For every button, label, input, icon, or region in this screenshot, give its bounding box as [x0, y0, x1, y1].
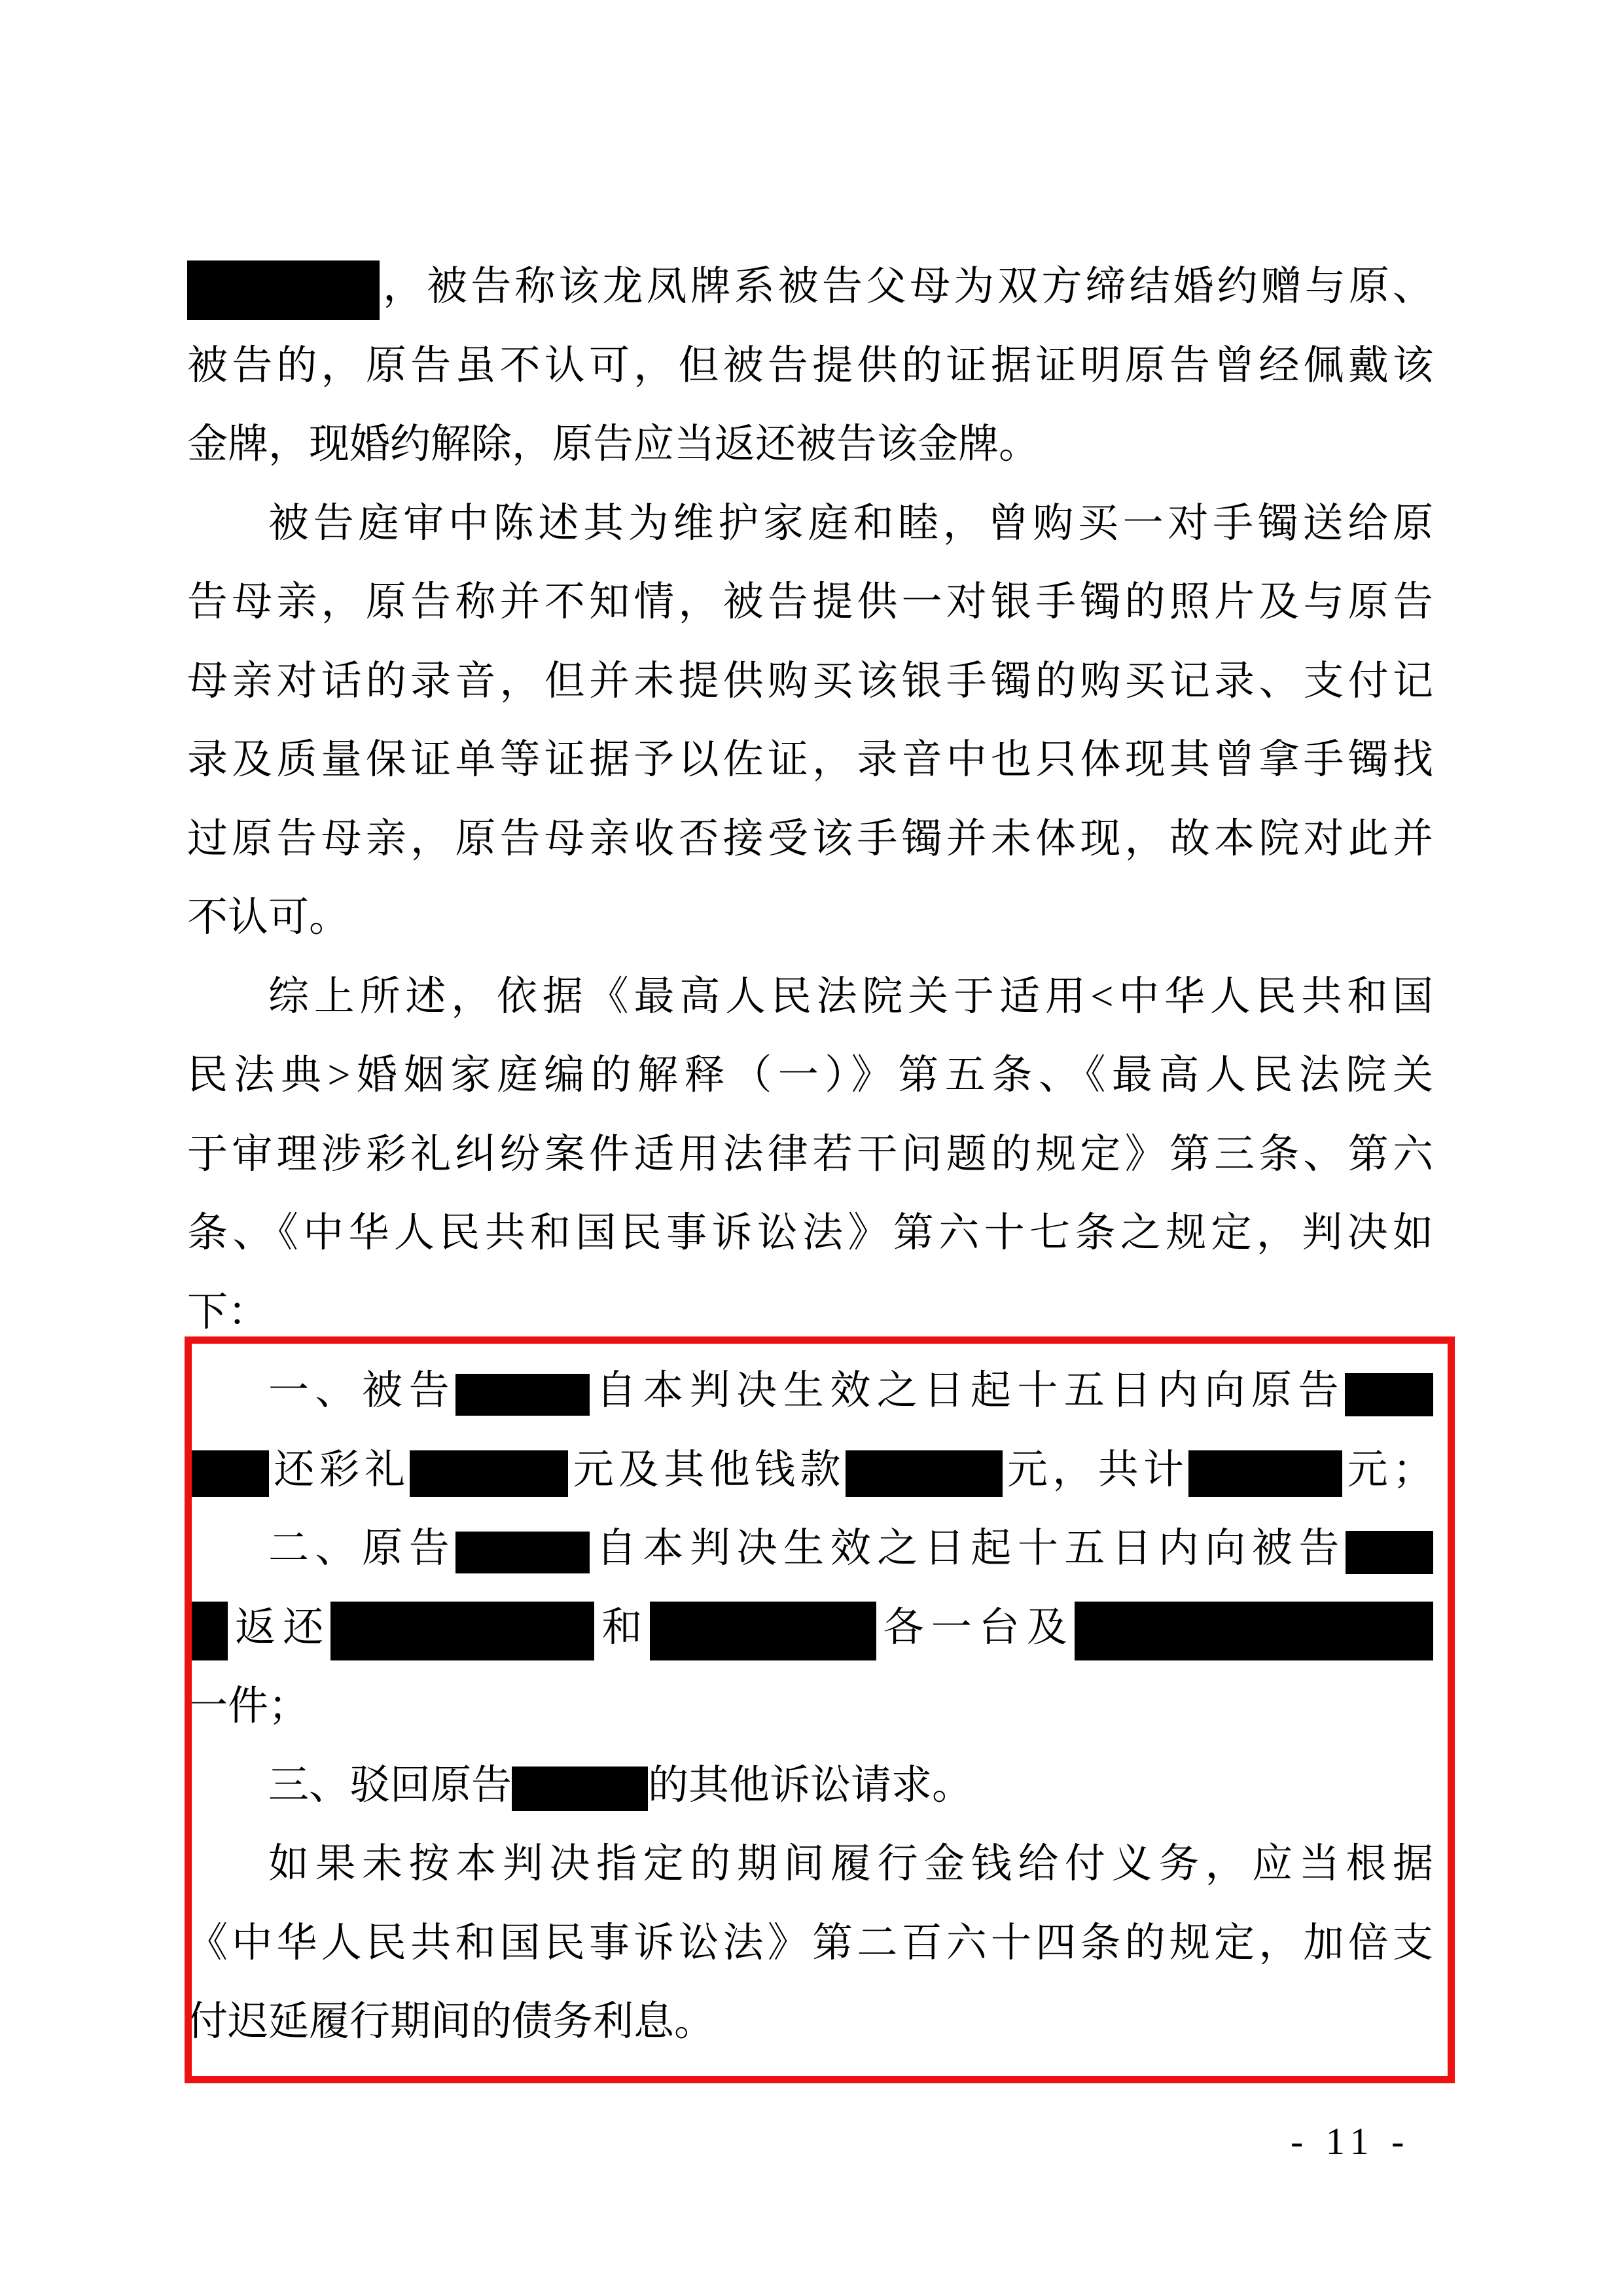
text-segment: 下： [187, 1290, 268, 1335]
text-segment: ，被告称该龙凤牌系被告父母为双方缔结婚约赠与原、 [380, 264, 1433, 309]
redaction-box [455, 1532, 590, 1573]
text-line: 一件； [187, 1667, 1433, 1746]
text-segment: 元，共计 [1003, 1448, 1189, 1492]
text-segment: 综上所述，依据《最高人民法院关于适用<中华人民共和国 [268, 975, 1433, 1019]
text-segment: 被告的，原告虽不认可，但被告提供的证据证明原告曾经佩戴该 [187, 344, 1433, 388]
text-line: 《中华人民共和国民事诉讼法》第二百六十四条的规定，加倍支 [187, 1904, 1433, 1983]
redaction-box [1346, 1531, 1433, 1574]
redaction-box [410, 1450, 568, 1497]
redaction-box [187, 1602, 228, 1660]
redaction-box [650, 1602, 876, 1660]
text-line: 民法典>婚姻家庭编的解释（一）》第五条、《最高人民法院关 [187, 1036, 1433, 1115]
text-line: 三、驳回原告的其他诉讼请求。 [187, 1746, 1433, 1825]
text-line: 二、原告自本判决生效之日起十五日内向被告 [187, 1509, 1433, 1588]
text-line: 于审理涉彩礼纠纷案件适用法律若干问题的规定》第三条、第六 [187, 1115, 1433, 1194]
text-line: 被告的，原告虽不认可，但被告提供的证据证明原告曾经佩戴该 [187, 327, 1433, 406]
text-line: 金牌，现婚约解除，原告应当返还被告该金牌。 [187, 405, 1433, 484]
text-segment: 各一台及 [876, 1605, 1075, 1650]
text-segment: 还彩礼 [269, 1448, 410, 1492]
text-segment: 返还 [228, 1605, 330, 1650]
text-segment: 被告庭审中陈述其为维护家庭和睦，曾购买一对手镯送给原 [268, 501, 1433, 546]
text-line: 综上所述，依据《最高人民法院关于适用<中华人民共和国 [187, 958, 1433, 1037]
document-body: ，被告称该龙凤牌系被告父母为双方缔结婚约赠与原、被告的，原告虽不认可，但被告提供… [187, 247, 1433, 2062]
text-line: 条、《中华人民共和国民事诉讼法》第六十七条之规定，判决如 [187, 1194, 1433, 1273]
redaction-box [1075, 1602, 1433, 1660]
text-line: 返还和各一台及 [187, 1588, 1433, 1668]
text-segment: 付迟延履行期间的债务利息。 [187, 2000, 715, 2044]
text-segment: 金牌，现婚约解除，原告应当返还被告该金牌。 [187, 422, 1039, 467]
text-segment: 元及其他钱款 [568, 1448, 845, 1492]
text-line: 录及质量保证单等证据予以佐证，录音中也只体现其曾拿手镯找 [187, 721, 1433, 800]
redaction-box [1188, 1450, 1342, 1497]
text-segment: 和 [594, 1605, 649, 1650]
text-line: 告母亲，原告称并不知情，被告提供一对银手镯的照片及与原告 [187, 563, 1433, 642]
text-line: 不认可。 [187, 878, 1433, 958]
text-line: 还彩礼元及其他钱款元，共计元； [187, 1431, 1433, 1510]
text-line: 被告庭审中陈述其为维护家庭和睦，曾购买一对手镯送给原 [187, 484, 1433, 564]
redaction-box [187, 1450, 269, 1497]
text-line: 一、被告自本判决生效之日起十五日内向原告 [187, 1352, 1433, 1431]
text-segment: 如果未按本判决指定的期间履行金钱给付义务，应当根据 [268, 1842, 1433, 1886]
text-segment: 一件； [187, 1684, 309, 1729]
redaction-box [1345, 1373, 1433, 1416]
text-segment: 《中华人民共和国民事诉讼法》第二百六十四条的规定，加倍支 [187, 1921, 1433, 1965]
redaction-box [846, 1450, 1003, 1497]
text-line: 母亲对话的录音，但并未提供购买该银手镯的购买记录、支付记 [187, 642, 1433, 721]
text-segment: 自本判决生效之日起十五日内向原告 [590, 1369, 1345, 1413]
text-line: 下： [187, 1273, 1433, 1352]
text-segment: 元； [1342, 1448, 1433, 1492]
text-segment: 录及质量保证单等证据予以佐证，录音中也只体现其曾拿手镯找 [187, 738, 1433, 782]
text-segment: 条、《中华人民共和国民事诉讼法》第六十七条之规定，判决如 [187, 1211, 1433, 1255]
text-line: 付迟延履行期间的债务利息。 [187, 1982, 1433, 2062]
text-segment: 一、被告 [268, 1369, 455, 1413]
text-segment: 自本判决生效之日起十五日内向被告 [590, 1526, 1346, 1571]
text-segment: 三、驳回原告 [268, 1763, 512, 1808]
text-segment: 的其他诉讼请求。 [648, 1763, 972, 1808]
text-segment: 不认可。 [187, 895, 349, 940]
text-segment: 过原告母亲，原告母亲收否接受该手镯并未体现，故本院对此并 [187, 817, 1433, 861]
redaction-box [330, 1602, 594, 1660]
text-line: 过原告母亲，原告母亲收否接受该手镯并未体现，故本院对此并 [187, 800, 1433, 879]
page-number: - 11 - [1291, 2119, 1410, 2163]
text-line: ，被告称该龙凤牌系被告父母为双方缔结婚约赠与原、 [187, 247, 1433, 327]
text-segment: 于审理涉彩礼纠纷案件适用法律若干问题的规定》第三条、第六 [187, 1132, 1433, 1177]
text-line: 如果未按本判决指定的期间履行金钱给付义务，应当根据 [187, 1825, 1433, 1904]
document-page: ，被告称该龙凤牌系被告父母为双方缔结婚约赠与原、被告的，原告虽不认可，但被告提供… [0, 0, 1623, 2296]
text-segment: 告母亲，原告称并不知情，被告提供一对银手镯的照片及与原告 [187, 580, 1433, 624]
redaction-box [187, 260, 380, 320]
redaction-box [512, 1767, 648, 1811]
text-segment: 二、原告 [268, 1526, 455, 1571]
text-segment: 民法典>婚姻家庭编的解释（一）》第五条、《最高人民法院关 [187, 1053, 1433, 1098]
redaction-box [455, 1374, 590, 1416]
text-segment: 母亲对话的录音，但并未提供购买该银手镯的购买记录、支付记 [187, 659, 1433, 704]
